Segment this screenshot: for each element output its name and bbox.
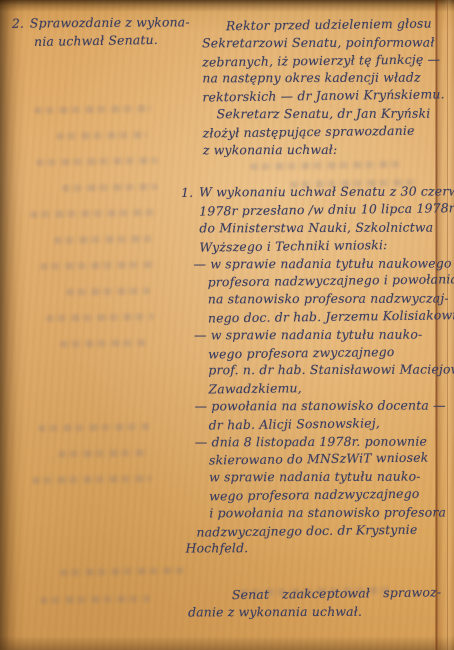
bleed-through-ghost-line <box>36 157 158 166</box>
top-edge-shadow <box>0 0 454 12</box>
handwritten-line: złożył następujące sprawozdanie <box>203 121 449 142</box>
bleed-through-ghost-line <box>30 209 158 218</box>
binding-edge-shadow <box>0 0 26 650</box>
handwritten-line: Hochfeld. <box>186 539 452 558</box>
handwritten-line: wego profesora nadzwyczajnego <box>209 484 451 505</box>
handwritten-line: nego doc. dr hab. Jerzemu Kolisiakowi; <box>208 306 450 327</box>
paragraph-rektor: Rektor przed udzieleniem głosu Sekretarz… <box>180 15 449 159</box>
item-number: 1. <box>181 184 193 202</box>
margin-note-line: Sprawozdanie z wykona- <box>12 13 177 32</box>
bleed-through-ghost-line <box>32 475 152 484</box>
bleed-through-ghost-line <box>34 105 152 114</box>
handwritten-line: — w sprawie nadania tytułu nauko- <box>194 325 450 344</box>
bleed-through-ghost-line <box>54 235 154 244</box>
handwritten-line: danie z wykonania uchwał. <box>184 602 452 621</box>
report-item-1: 1. W wykonaniu uchwał Senatu z 30 czerwc… <box>181 182 452 558</box>
margin-note: 2. Sprawozdanie z wykona- nia uchwał Sen… <box>12 13 177 50</box>
bleed-through-ghost-line <box>38 423 150 432</box>
handwritten-line: i powołania na stanowisko profesora <box>209 503 451 522</box>
main-text-column: Rektor przed udzieleniem głosu Sekretarz… <box>180 15 452 622</box>
handwritten-line: Wyższego i Techniki wnioski: <box>199 235 449 256</box>
handwritten-line: w sprawie nadania tytułu nauko- <box>209 468 451 487</box>
handwritten-line: skierowano do MNSzWiT wniosek <box>209 449 451 470</box>
bleed-through-ghost-line <box>58 449 148 458</box>
bottom-edge-shadow <box>0 636 454 650</box>
handwritten-line: profesora nadzwyczajnego i powołania <box>208 271 450 292</box>
bleed-through-ghost-line <box>46 313 154 322</box>
handwritten-line: z wykonania uchwał: <box>203 140 449 159</box>
handwritten-line: na następny okres kadencji władz <box>202 69 448 88</box>
bleed-through-ghost-line <box>62 183 158 192</box>
handwritten-line: Sekretarzowi Senatu, poinformował <box>202 33 448 52</box>
handwritten-line: 1978r przesłano /w dniu 10 lipca 1978r./ <box>199 199 449 220</box>
handwritten-line: na stanowisko profesora nadzwyczaj- <box>208 290 450 309</box>
handwritten-line: Zawadzkiemu, <box>208 377 450 398</box>
bleed-through-ghost-line <box>40 261 156 270</box>
handwritten-line: Senat zaakceptował sprawoz- <box>184 583 452 604</box>
margin-note-line: nia uchwał Senatu. <box>12 30 177 51</box>
handwritten-line: W wykonaniu uchwał Senatu z 30 czerwca <box>199 183 449 202</box>
handwritten-line: rektorskich — dr Janowi Kryńskiemu. <box>202 86 448 107</box>
handwritten-line: dr hab. Alicji Sosnowskiej, <box>209 413 451 434</box>
bleed-through-ghost-line <box>56 131 148 140</box>
handwritten-line: Sekretarz Senatu, dr Jan Kryński <box>203 104 449 123</box>
handwritten-line: do Ministerstwa Nauki, Szkolnictwa <box>199 218 449 237</box>
closing-paragraph: Senat zaakceptował sprawoz- danie z wyko… <box>184 584 452 621</box>
bleed-through-ghost-line <box>60 567 190 576</box>
bleed-through-ghost-line <box>60 339 146 347</box>
handwritten-line: Rektor przed udzieleniem głosu <box>202 14 448 35</box>
bleed-through-ghost-line <box>66 287 150 295</box>
handwritten-line: prof. n. dr hab. Stanisławowi Maciejowi <box>208 361 450 380</box>
handwritten-line: — powołania na stanowisko docenta — <box>195 396 451 415</box>
bleed-through-ghost-line <box>40 595 150 604</box>
